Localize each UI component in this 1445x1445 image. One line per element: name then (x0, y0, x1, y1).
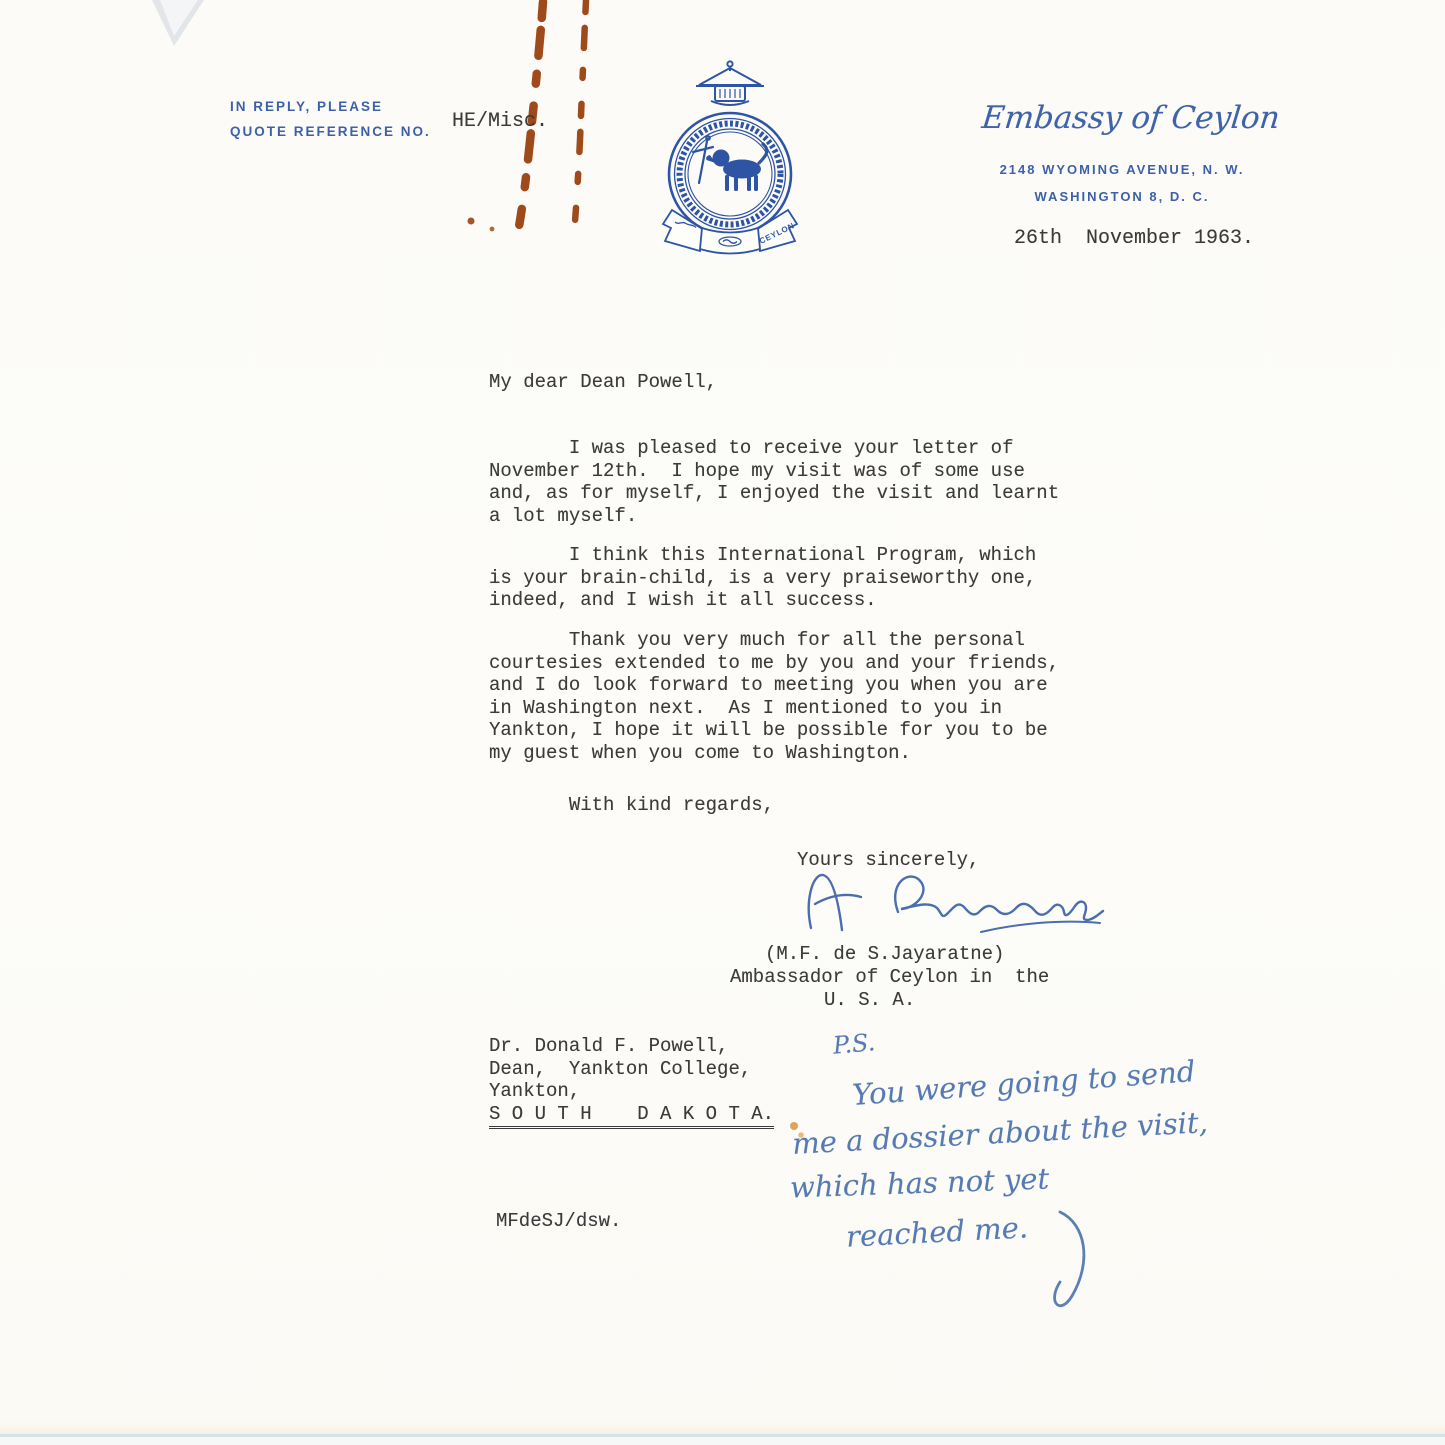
typist-initials: MFdeSJ/dsw. (496, 1210, 621, 1233)
postscript-flourish (1030, 1200, 1120, 1330)
addressee-line: Dean, Yankton College, (489, 1058, 774, 1081)
crest-lion-tail (759, 144, 767, 163)
embassy-address-line1: 2148 WYOMING AVENUE, N. W. (982, 162, 1262, 177)
body-line: is your brain-child, is a very praisewor… (489, 567, 1036, 590)
corner-fold-mark (140, 0, 220, 60)
letter-date: 26th November 1963. (1014, 228, 1254, 251)
postscript-label: P.S. (832, 1028, 876, 1060)
scanned-letter: IN REPLY, PLEASE QUOTE REFERENCE NO. HE/… (0, 0, 1445, 1445)
signer-title-2: U. S. A. (824, 989, 915, 1012)
signer-title-1: Ambassador of Ceylon in the (730, 966, 1049, 989)
crest-lion (706, 150, 761, 192)
body-line: Thank you very much for all the personal (489, 629, 1059, 652)
ceylon-crest: CEYLON (648, 54, 812, 260)
embassy-address-line2: WASHINGTON 8, D. C. (982, 189, 1262, 204)
paragraph-1: I was pleased to receive your letter of … (489, 437, 1059, 527)
addressee-line: Dr. Donald F. Powell, (489, 1035, 774, 1058)
postscript-line-1: You were going to send (851, 1054, 1196, 1112)
signer-name: (M.F. de S.Jayaratne) (765, 943, 1004, 966)
addressee-block: Dr. Donald F. Powell, Dean, Yankton Coll… (489, 1035, 774, 1129)
reference-number: HE/Misc. (452, 111, 548, 134)
postscript-line-2: me a dossier about the visit, (791, 1105, 1208, 1161)
stain-streak-right (574, 0, 586, 234)
handwritten-signature (795, 862, 1105, 942)
addressee-state-underlined: S O U T H D A K O T A. (489, 1103, 774, 1130)
body-line: a lot myself. (489, 505, 1059, 528)
paragraph-3: Thank you very much for all the personal… (489, 629, 1059, 764)
body-line: November 12th. I hope my visit was of so… (489, 460, 1059, 483)
stain-speck (468, 218, 475, 225)
body-line: Yankton, I hope it will be possible for … (489, 719, 1059, 742)
foxing-dots (786, 1118, 816, 1148)
crest-crown (696, 61, 764, 105)
reference-label-line2: QUOTE REFERENCE NO. (230, 124, 431, 139)
body-line: in Washington next. As I mentioned to yo… (489, 697, 1059, 720)
body-line: indeed, and I wish it all success. (489, 589, 1036, 612)
body-line: I think this International Program, whic… (489, 544, 1036, 567)
reference-label-line1: IN REPLY, PLEASE (230, 99, 383, 114)
body-line: and, as for myself, I enjoyed the visit … (489, 482, 1059, 505)
scan-background-strip (0, 1437, 1445, 1445)
rust-stain-streaks (440, 0, 640, 270)
addressee-line: Yankton, (489, 1080, 774, 1103)
body-line: and I do look forward to meeting you whe… (489, 674, 1059, 697)
salutation: My dear Dean Powell, (489, 371, 717, 394)
paper-bottom-smudge (0, 1422, 1445, 1434)
body-line: I was pleased to receive your letter of (489, 437, 1059, 460)
paragraph-2: I think this International Program, whic… (489, 544, 1036, 612)
postscript-line-3: which has not yet (789, 1161, 1049, 1204)
body-line: my guest when you come to Washington. (489, 742, 1059, 765)
embassy-name-script: Embassy of Ceylon (980, 100, 1264, 136)
closing-line: With kind regards, (489, 794, 774, 817)
postscript-line-4: reached me. (845, 1210, 1029, 1253)
body-line: courtesies extended to me by you and you… (489, 652, 1059, 675)
stain-speck (490, 227, 495, 232)
